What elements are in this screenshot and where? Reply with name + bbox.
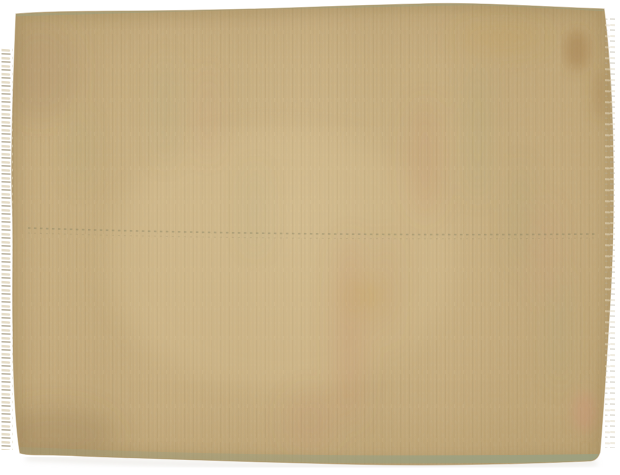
rug-light-center-patch xyxy=(105,130,455,390)
rug-fringe-right xyxy=(605,18,615,448)
rug-photo-image xyxy=(0,0,620,475)
rug-body xyxy=(0,0,620,475)
rug-product-photo xyxy=(0,0,620,475)
rug-fringe-left xyxy=(2,48,13,450)
rug xyxy=(0,0,620,475)
